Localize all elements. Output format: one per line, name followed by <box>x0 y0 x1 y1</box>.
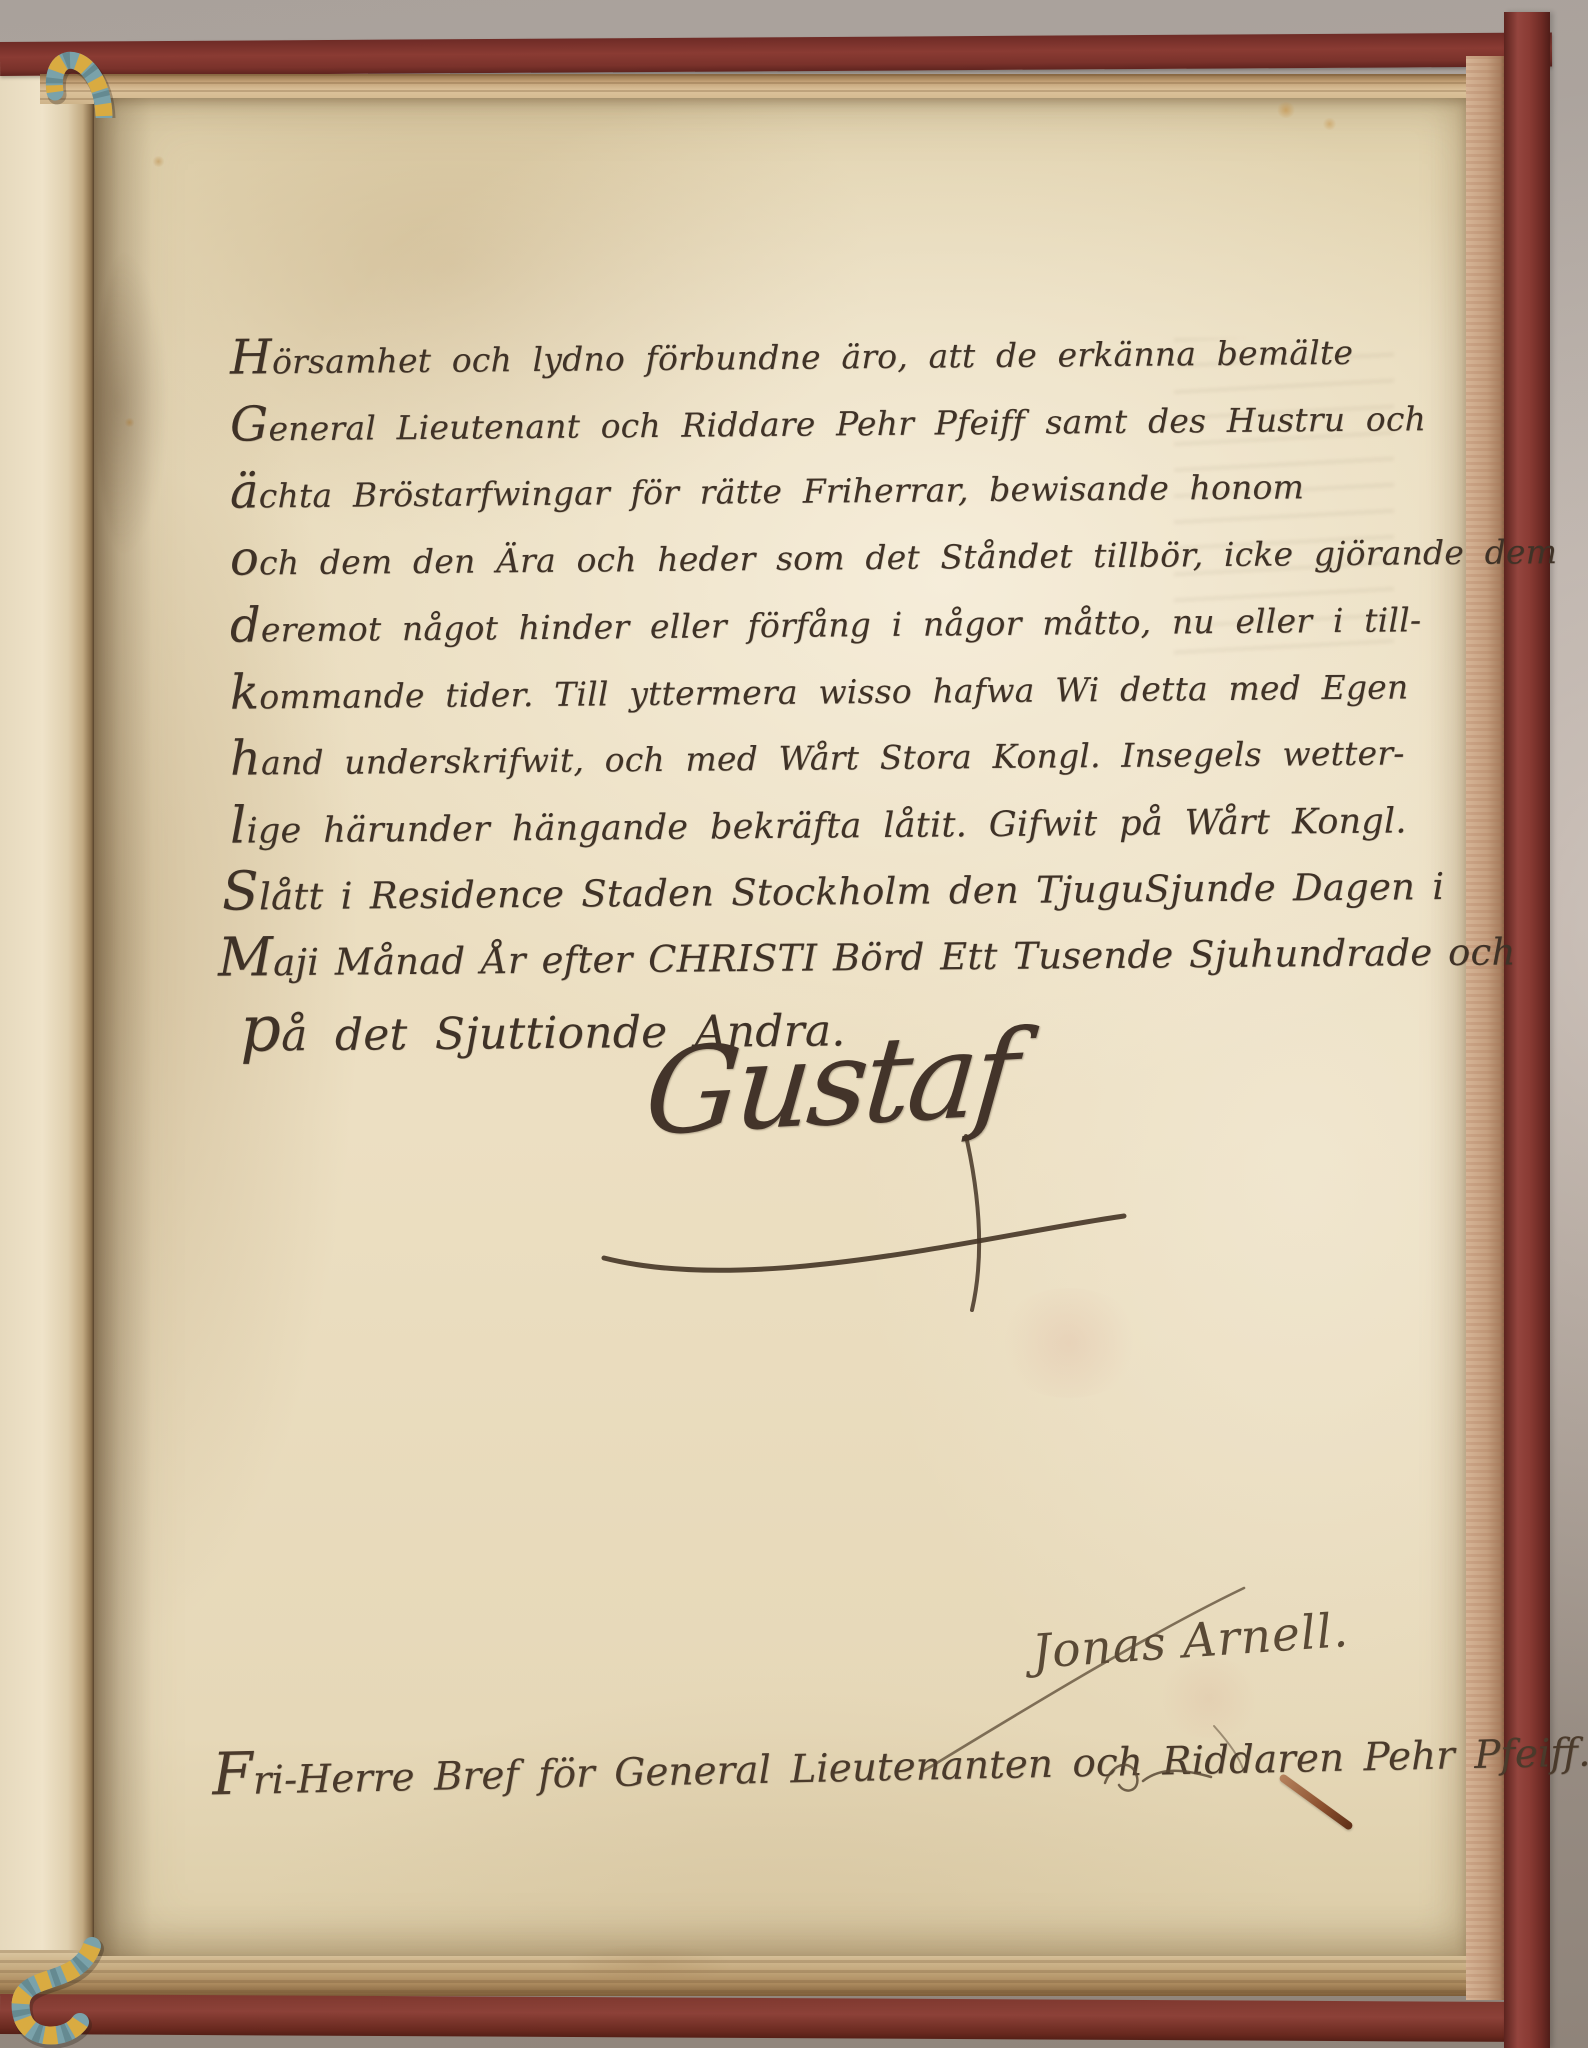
fox-spot-stain <box>1322 118 1337 130</box>
docket-line: Fri-Herre Bref för General Lieutenanten … <box>211 1714 1588 1807</box>
bookmark-cord-top <box>26 24 138 118</box>
fox-spot-stain <box>152 156 165 167</box>
smudge-stain <box>564 1944 734 1984</box>
text-line: Slått i Residence Staden Stockholm den T… <box>222 855 1296 918</box>
text-line: och dem den Ära och heder som det Stånde… <box>230 526 1304 583</box>
book-scan: Hörsamhet och lydno förbundne äro, att d… <box>0 0 1588 2048</box>
gutter-smudge-stain <box>96 248 168 558</box>
docket-flourish-icon <box>1099 1753 1219 1803</box>
text-line: Maji Månad År efter CHRISTI Börd Ett Tus… <box>218 921 1292 984</box>
page-fore-edges <box>1466 56 1504 2000</box>
facing-page-edge <box>0 62 94 1994</box>
book-cover-top-edge <box>0 33 1552 76</box>
text-line: General Lieutenant och Riddare Pehr Pfei… <box>230 392 1304 449</box>
text-line: kommande tider. Till yttermera wisso haf… <box>230 660 1304 717</box>
manuscript-page: Hörsamhet och lydno förbundne äro, att d… <box>94 98 1466 1956</box>
fox-spot-stain <box>124 418 135 427</box>
text-line: Hörsamhet och lydno förbundne äro, att d… <box>230 325 1304 382</box>
text-line: ächta Bröstarfwingar för rätte Friherrar… <box>230 459 1304 516</box>
page-bottom-leaf-edges <box>0 1950 1476 1996</box>
signature-underline-flourish <box>564 1128 1144 1318</box>
text-line: hand underskrifwit, och med Wårt Stora K… <box>230 726 1304 783</box>
text-line: deremot något hinder eller förfång i någ… <box>230 593 1304 650</box>
bookmark-cord-bottom <box>0 1928 124 2048</box>
fox-spot-stain <box>1276 102 1296 118</box>
book-cover-bottom-edge <box>0 1994 1516 2042</box>
text-line: lige härunder hängande bekräfta låtit. G… <box>230 791 1304 851</box>
